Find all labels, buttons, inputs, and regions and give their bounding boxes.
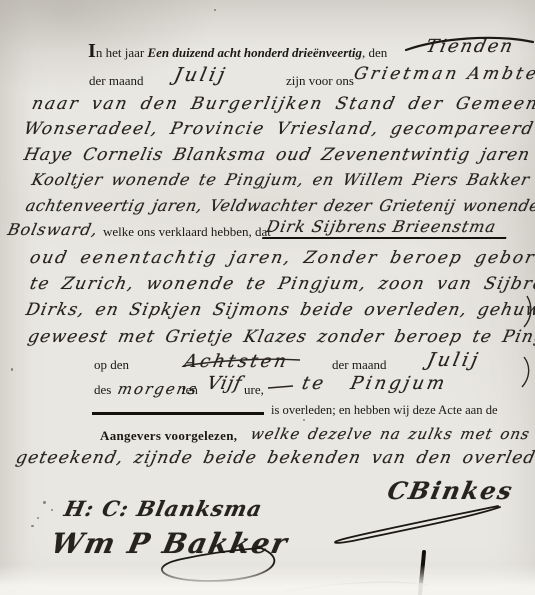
printed-year-words: Een duizend acht honderd drieënveertig [147, 45, 362, 60]
ink-speck [31, 525, 34, 527]
handwritten-month-of-act: Julij [172, 64, 230, 86]
printed-ten: ten [182, 382, 198, 398]
handwritten-death-day: Achtsten [182, 351, 291, 372]
handwritten-hour: Vijf [205, 373, 244, 394]
printed-ure: ure, [244, 382, 264, 398]
handwritten-spouse: geweest met Grietje Klazes zonder beroep… [26, 327, 535, 347]
printed-declaration-clause: welke ons verklaard hebben, dat [103, 224, 271, 240]
handwritten-line-registrar: naar van den Burgerlijken Stand der Geme… [30, 94, 535, 114]
handwritten-line-declarant2: Kooltjer wonende te Pingjum, en Willem P… [30, 170, 535, 189]
printed-der-maand-2: der maand [332, 357, 387, 373]
flourish-right-tail-2 [522, 357, 529, 387]
ink-speck [37, 517, 39, 519]
handwritten-parents: Dirks, en Sipkjen Sijmons beide overlede… [24, 300, 535, 320]
printed-den: , den [362, 45, 387, 60]
handwritten-line-occupation: achtenveertig jaren, Veldwachter dezer G… [24, 196, 535, 215]
flourish-signature-swoosh [335, 506, 500, 543]
printed-zijn-voor-ons: zijn voor ons [286, 73, 354, 89]
ink-speck [11, 368, 13, 371]
handwritten-residence: Bolsward, [6, 220, 100, 239]
handwritten-signing-clause: welke dezelve na zulks met ons hebben [249, 425, 535, 443]
handwritten-deceased-name: Dirk Sijbrens Brieenstma [262, 217, 510, 239]
printed-year-line: In het jaar Een duizend acht honderd dri… [88, 40, 387, 63]
signature-witness-bakker: Wm P Bakker [48, 527, 292, 560]
handwritten-known-clause: geteekend, zijnde beide bekenden van den… [14, 448, 535, 468]
signature-official: CBinkes [385, 476, 517, 505]
printed-aangevers-voorgelezen: Aangevers voorgelezen, [100, 428, 237, 444]
handwritten-death-month: Julij [425, 349, 483, 371]
printed-in-het-jaar: In het jaar [88, 45, 147, 60]
handwritten-birthplace-residence: te Zurich, wonende te Pingjum, zoon van … [28, 274, 535, 294]
ink-speck [51, 509, 53, 511]
printed-der-maand: der maand [89, 73, 144, 89]
handwritten-line-declarant1: Haye Cornelis Blanksma oud Zevenentwinti… [22, 145, 532, 165]
printed-des: des [94, 382, 111, 398]
handwritten-day-of-act: Tienden [424, 36, 516, 57]
handwritten-line-municipality: Wonseradeel, Provincie Vriesland, gecomp… [22, 119, 535, 139]
signature-witness-blanksma: H: C: Blanksma [62, 496, 265, 521]
ink-speck [214, 9, 216, 11]
ink-speck [43, 501, 46, 504]
handwritten-age-occupation: oud eenentachtig jaren, Zonder beroep ge… [28, 248, 535, 268]
scanned-death-record-page: In het jaar Een duizend acht honderd dri… [0, 0, 535, 595]
handwritten-official-title: Grietman Ambte [352, 64, 535, 84]
handwritten-death-place: te Pingjum [300, 373, 449, 394]
printed-op-den: op den [94, 357, 129, 373]
scan-bottom-fade [0, 565, 535, 595]
blank-line-rule [92, 412, 264, 415]
flourish-dash-te [268, 386, 293, 388]
ink-speck [303, 419, 305, 421]
printed-overleden-clause: is overleden; en hebben wij deze Acte aa… [271, 403, 498, 418]
